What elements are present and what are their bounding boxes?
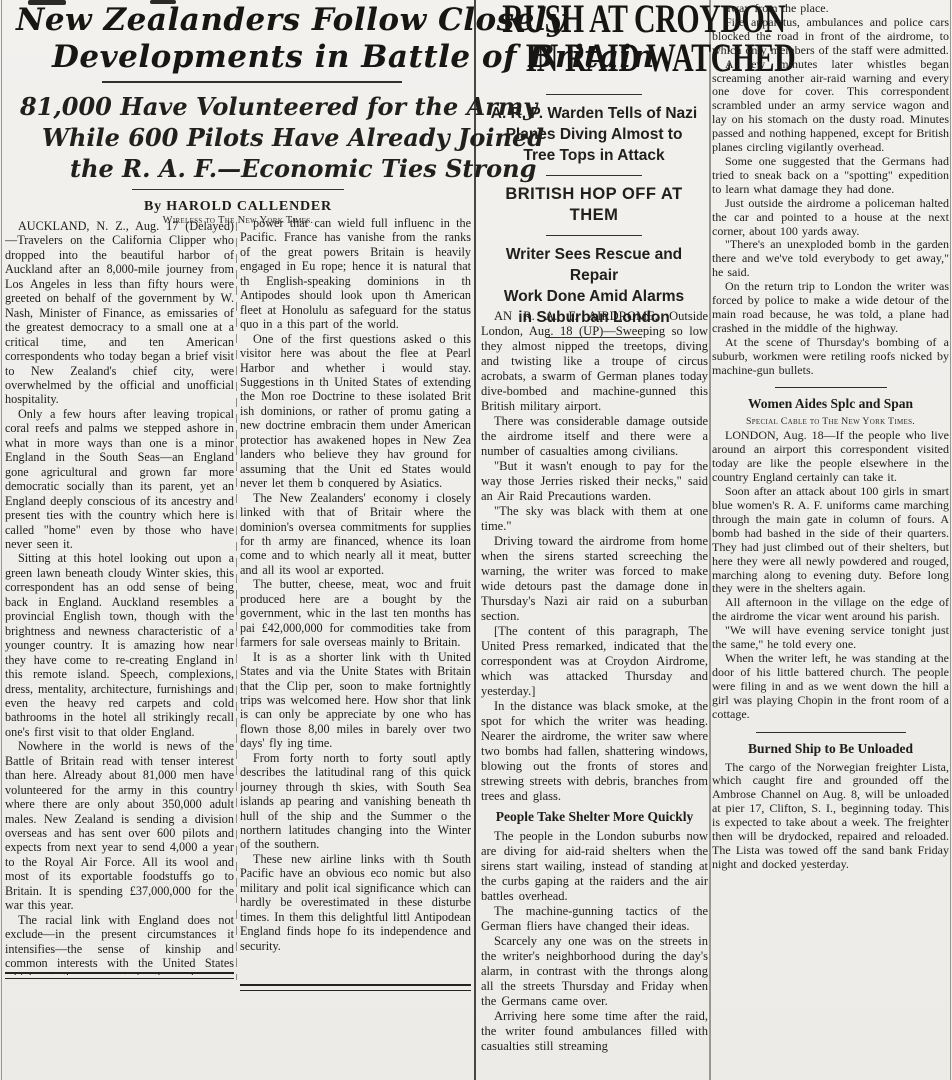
left-subhead-line1: 81,000 Have Volunteered for the Army (6, 91, 470, 122)
croydon-article-body: AN R. A. F. AIRDROME, Outside London, Au… (481, 309, 708, 1080)
paragraph: Just outside the airdrome a policeman ha… (712, 197, 949, 239)
article-new-zealanders-header: New Zealanders Follow Closely Developmen… (6, 2, 470, 226)
paragraph: "The sky was black with them at one time… (481, 504, 708, 534)
paragraph: Soon after an attack about 100 girls in … (712, 485, 949, 596)
women-aides-credit: Special Cable to The New York Times. (712, 416, 949, 427)
right-edge-rule (950, 0, 951, 1080)
croydon-headline-line1: RUSH AT CROYDON (481, 0, 707, 39)
paragraph: [The content of this paragraph, The Unit… (481, 624, 708, 699)
burned-ship-head: Burned Ship to Be Unloaded (712, 741, 949, 757)
paragraph: One of the first questions asked o this … (240, 332, 471, 491)
paragraph: Sitting at this hotel looking out upon a… (5, 551, 234, 739)
paragraph: There was considerable damage outside th… (481, 414, 708, 459)
paragraph: When the writer left, he was standing at… (712, 652, 949, 722)
paragraph: LONDON, Aug. 18—If the people who live a… (712, 429, 949, 485)
paragraph: Scarcely any one was on the streets in t… (481, 934, 708, 1009)
deck-rule (546, 94, 642, 95)
burned-ship-paragraphs: The cargo of the Norwegian freighter Lis… (712, 761, 949, 872)
croydon-paragraphs-2: The people in the London suburbs now are… (481, 829, 708, 1054)
women-aides-paragraphs: LONDON, Aug. 18—If the people who live a… (712, 429, 949, 721)
croydon-deck2: BRITISH HOP OFF AT THEM (481, 184, 707, 226)
paragraph: "There's an unexploded bomb in the garde… (712, 238, 949, 280)
left-article-column-1: AUCKLAND, N. Z., Aug. 17 (Delayed)—Trave… (5, 219, 234, 975)
paragraph: On the return trip to London the writer … (712, 280, 949, 336)
paragraph: "We will have evening service tonight ju… (712, 624, 949, 652)
subhead-rule (132, 189, 344, 190)
paragraph: It is as a shorter link with th United S… (240, 650, 471, 751)
paragraph: Some one suggested that the Germans had … (712, 155, 949, 197)
croydon-deck1-line1: A. R. P. Warden Tells of Nazi (481, 103, 707, 124)
paragraph: The butter, cheese, meat, woc and fruit … (240, 577, 471, 649)
section-rule (756, 732, 906, 733)
byline: By HAROLD CALLENDER (6, 199, 470, 215)
paragraph: A few minutes later whistles began screa… (712, 58, 949, 155)
croydon-deck1-line3: Tree Tops in Attack (481, 145, 707, 166)
paragraph: power that can wield full influenc in th… (240, 216, 471, 332)
paragraph: away from the place. (712, 2, 949, 16)
croydon-paragraphs: AN R. A. F. AIRDROME, Outside London, Au… (481, 309, 708, 804)
paragraph: Driving toward the airdrome from home wh… (481, 534, 708, 624)
column-divider-a-b (236, 222, 237, 980)
croydon-continuation: away from the place.Fire apparatus, ambu… (712, 2, 949, 377)
paragraph: Fire apparatus, ambulances and police ca… (712, 16, 949, 58)
paragraph: The people in the London suburbs now are… (481, 829, 708, 904)
left-subhead-line3: the R. A. F.—Economic Ties Strong (6, 153, 470, 184)
newspaper-scan: { "paper": { "background": "#f0eeeb", "i… (0, 0, 952, 1080)
paragraph: All afternoon in the village on the edge… (712, 596, 949, 624)
paragraph: AN R. A. F. AIRDROME, Outside London, Au… (481, 309, 708, 414)
women-aides-head: Women Aides Splc and Span (712, 396, 949, 412)
paragraph: The machine-gunning tactics of the Germa… (481, 904, 708, 934)
croydon-deck1-line2: Planes Diving Almost to (481, 124, 707, 145)
paragraph: In the distance was black smoke, at the … (481, 699, 708, 804)
left-article-column-2: power that can wield full influenc in th… (240, 216, 471, 986)
croydon-crosshead: People Take Shelter More Quickly (481, 809, 708, 825)
article-croydon-header: RUSH AT CROYDON IN RAID WATCHED A. R. P.… (481, 0, 707, 346)
paragraph: These new airline links with th South Pa… (240, 852, 471, 953)
paragraph: "But it wasn't enough to pay for the way… (481, 459, 708, 504)
deck-rule (546, 175, 642, 176)
right-column: away from the place.Fire apparatus, ambu… (712, 2, 949, 1078)
paragraph: From forty north to forty soutl aptly de… (240, 751, 471, 852)
left-edge-rule (1, 0, 2, 1080)
croydon-deck3-line1: Writer Sees Rescue and Repair (481, 244, 707, 286)
left-headline-line1: New Zealanders Follow Closely (6, 2, 470, 39)
croydon-headline-line2: IN RAID WATCHED (481, 39, 707, 78)
paragraph: The New Zealanders' economy i closely li… (240, 491, 471, 578)
article-end-rule (240, 984, 471, 991)
paragraph: Nowhere in the world is news of the Batt… (5, 739, 234, 912)
paragraph: The cargo of the Norwegian freighter Lis… (712, 761, 949, 872)
croydon-deck3-line2: Work Done Amid Alarms (481, 286, 707, 307)
section-rule (775, 387, 887, 388)
paragraph: At the scene of Thursday's bombing of a … (712, 336, 949, 378)
article-end-rule (5, 972, 234, 979)
left-subhead-line2: While 600 Pilots Have Already Joined (6, 122, 470, 153)
paragraph: The racial link with England does not ex… (5, 913, 234, 975)
paragraph: Arriving here some time after the raid, … (481, 1009, 708, 1054)
left-headline-line2: Developments in Battle of Britain (6, 39, 470, 76)
paragraph: AUCKLAND, N. Z., Aug. 17 (Delayed)—Trave… (5, 219, 234, 407)
column-divider-middle-right (709, 0, 711, 1080)
paragraph: Only a few hours after leaving tropical … (5, 407, 234, 552)
deck-rule (546, 235, 642, 236)
